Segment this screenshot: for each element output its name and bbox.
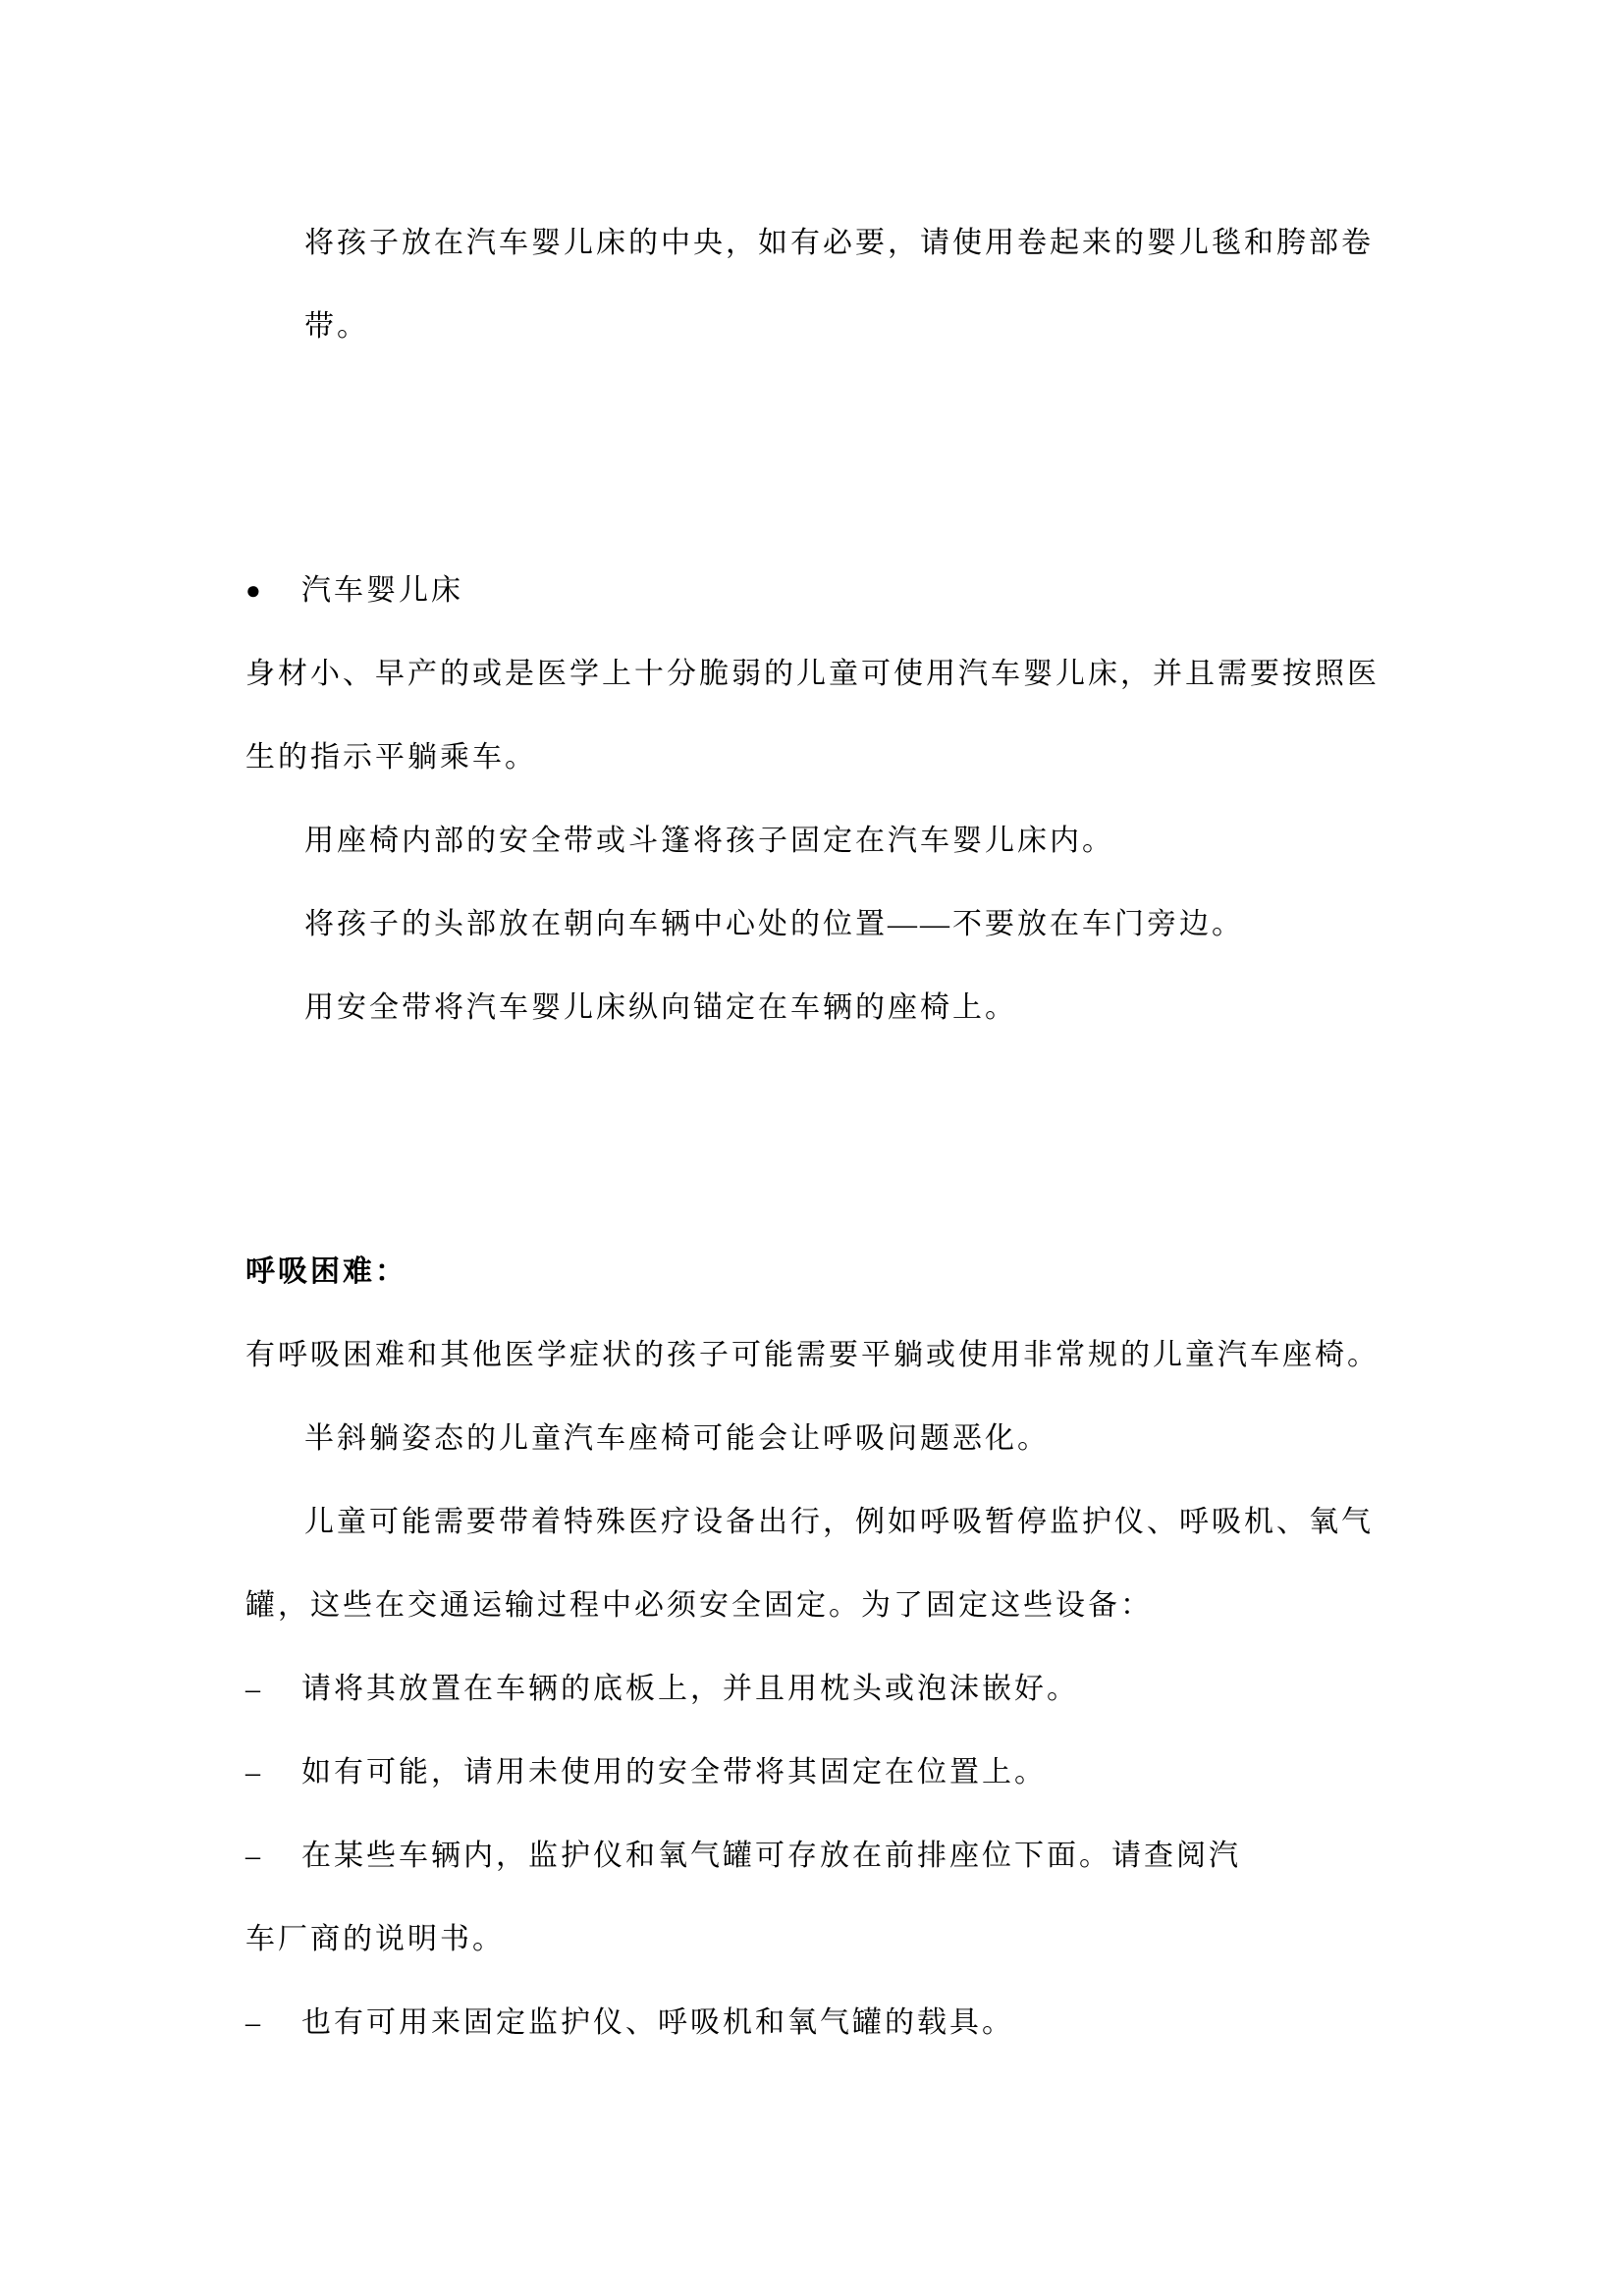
line-text: 呼吸困难： <box>245 1255 407 1288</box>
line-text: 请将其放置在车辆的底板上，并且用枕头或泡沫嵌好。 <box>301 1673 1079 1705</box>
line-text: 在某些车辆内，监护仪和氧气罐可存放在前排座位下面。请查阅汽 <box>301 1840 1241 1872</box>
dash-list-item: –请将其放置在车辆的底板上，并且用枕头或泡沫嵌好。 <box>245 1647 1404 1731</box>
dash-list-item: –在某些车辆内，监护仪和氧气罐可存放在前排座位下面。请查阅汽 <box>245 1814 1404 1897</box>
line-text: 汽车婴儿床 <box>301 574 463 607</box>
line-text: 用安全带将汽车婴儿床纵向锚定在车辆的座椅上。 <box>304 991 1017 1024</box>
dash-list-item: –如有可能，请用未使用的安全带将其固定在位置上。 <box>245 1731 1404 1814</box>
dash-marker-icon: – <box>245 1647 301 1731</box>
text-line: 有呼吸困难和其他医学症状的孩子可能需要平躺或使用非常规的儿童汽车座椅。 <box>245 1313 1404 1397</box>
line-text: 身材小、早产的或是医学上十分脆弱的儿童可使用汽车婴儿床，并且需要按照医 <box>245 658 1380 690</box>
dash-marker-icon: – <box>245 1814 301 1897</box>
indented-text-line: 用座椅内部的安全带或斗篷将孩子固定在汽车婴儿床内。 <box>245 799 1404 882</box>
line-text: 将孩子放在汽车婴儿床的中央，如有必要，请使用卷起来的婴儿毯和胯部卷 <box>304 227 1374 259</box>
bullet-list-item: ●汽车婴儿床 <box>245 549 1404 632</box>
line-text: 将孩子的头部放在朝向车辆中心处的位置——不要放在车门旁边。 <box>304 908 1244 940</box>
text-line: 车厂商的说明书。 <box>245 1897 1404 1981</box>
indented-text-line: 儿童可能需要带着特殊医疗设备出行，例如呼吸暂停监护仪、呼吸机、氧气 <box>245 1480 1404 1564</box>
indented-text-line: 将孩子的头部放在朝向车辆中心处的位置——不要放在车门旁边。 <box>245 882 1404 966</box>
bullet-icon: ● <box>245 549 301 632</box>
blank-spacer <box>245 368 1404 549</box>
blank-spacer <box>245 1049 1404 1230</box>
document-content: 将孩子放在汽车婴儿床的中央，如有必要，请使用卷起来的婴儿毯和胯部卷带。●汽车婴儿… <box>245 201 1404 2064</box>
line-text: 生的指示平躺乘车。 <box>245 741 537 774</box>
line-text: 用座椅内部的安全带或斗篷将孩子固定在汽车婴儿床内。 <box>304 825 1114 857</box>
line-text: 儿童可能需要带着特殊医疗设备出行，例如呼吸暂停监护仪、呼吸机、氧气 <box>304 1506 1374 1538</box>
text-line: 身材小、早产的或是医学上十分脆弱的儿童可使用汽车婴儿床，并且需要按照医 <box>245 632 1404 716</box>
dash-list-item: –也有可用来固定监护仪、呼吸机和氧气罐的载具。 <box>245 1981 1404 2064</box>
text-line: 生的指示平躺乘车。 <box>245 716 1404 799</box>
indented-text-line: 将孩子放在汽车婴儿床的中央，如有必要，请使用卷起来的婴儿毯和胯部卷 <box>245 201 1404 285</box>
indented-text-line: 带。 <box>245 285 1404 368</box>
indented-text-line: 半斜躺姿态的儿童汽车座椅可能会让呼吸问题恶化。 <box>245 1397 1404 1480</box>
indented-text-line: 用安全带将汽车婴儿床纵向锚定在车辆的座椅上。 <box>245 966 1404 1049</box>
line-text: 有呼吸困难和其他医学症状的孩子可能需要平躺或使用非常规的儿童汽车座椅。 <box>245 1339 1380 1371</box>
dash-marker-icon: – <box>245 1981 301 2064</box>
document-page: 将孩子放在汽车婴儿床的中央，如有必要，请使用卷起来的婴儿毯和胯部卷带。●汽车婴儿… <box>0 0 1624 2296</box>
line-text: 也有可用来固定监护仪、呼吸机和氧气罐的载具。 <box>301 2006 1014 2039</box>
line-text: 如有可能，请用未使用的安全带将其固定在位置上。 <box>301 1756 1047 1789</box>
line-text: 罐，这些在交通运输过程中必须安全固定。为了固定这些设备： <box>245 1589 1153 1622</box>
line-text: 半斜躺姿态的儿童汽车座椅可能会让呼吸问题恶化。 <box>304 1422 1050 1455</box>
line-text: 带。 <box>304 310 369 343</box>
line-text: 车厂商的说明书。 <box>245 1923 505 1955</box>
text-line: 罐，这些在交通运输过程中必须安全固定。为了固定这些设备： <box>245 1564 1404 1647</box>
dash-marker-icon: – <box>245 1731 301 1814</box>
section-heading: 呼吸困难： <box>245 1230 1404 1313</box>
